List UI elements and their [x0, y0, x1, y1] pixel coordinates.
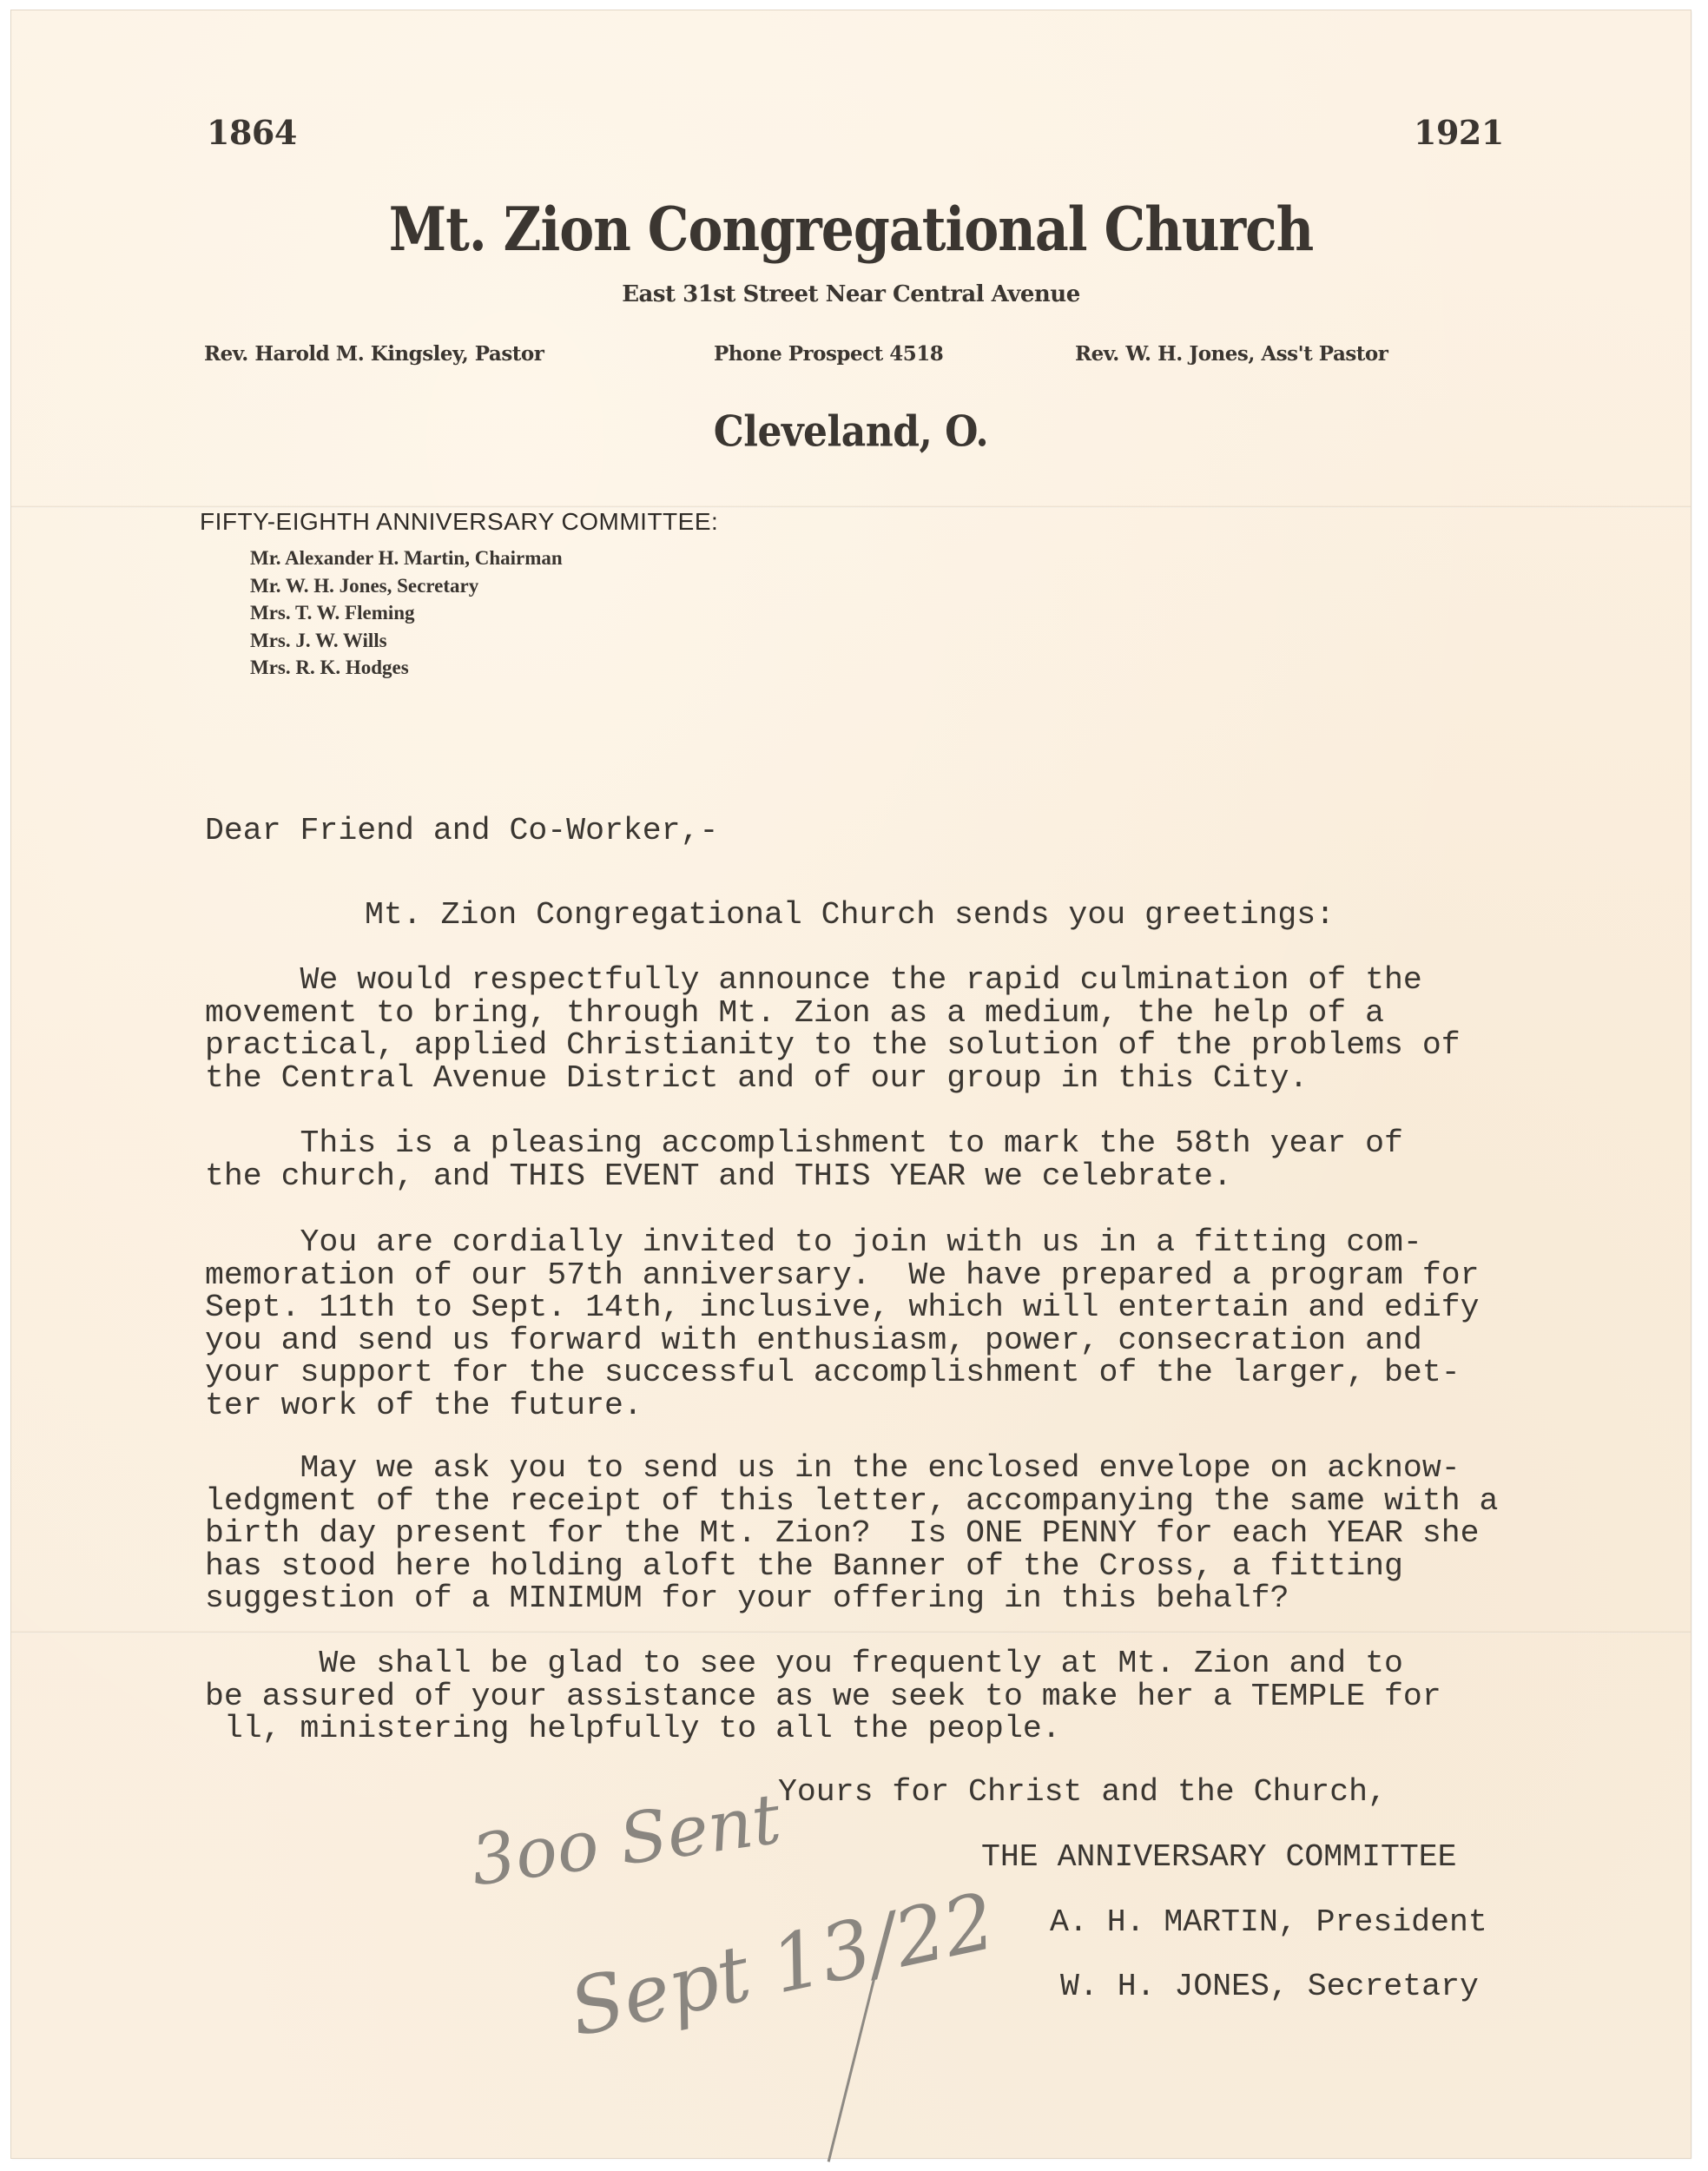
committee-members: Mr. Alexander H. Martin, Chairman Mr. W.…	[250, 544, 563, 682]
paragraph-accomplishment: This is a pleasing accomplishment to mar…	[205, 1127, 1403, 1192]
city: Cleveland, O.	[11, 407, 1691, 456]
signatory-organization: THE ANNIVERSARY COMMITTEE	[981, 1841, 1457, 1874]
paragraph-announcement: We would respectfully announce the rapid…	[205, 964, 1461, 1094]
pastor-name: Rev. Harold M. Kingsley, Pastor	[204, 342, 544, 366]
current-year: 1921	[1414, 113, 1504, 152]
paragraph-offering-request: May we ask you to send us in the enclose…	[205, 1452, 1498, 1615]
fold-crease	[11, 1631, 1691, 1633]
committee-member: Mr. W. H. Jones, Secretary	[250, 572, 563, 600]
assistant-pastor-name: Rev. W. H. Jones, Ass't Pastor	[1075, 342, 1388, 366]
handwritten-note-date: Sept 13/22	[562, 1876, 1003, 2055]
committee-member: Mrs. T. W. Fleming	[250, 599, 563, 627]
salutation: Dear Friend and Co-Worker,-	[205, 815, 718, 848]
letter-page: 1864 1921 Mt. Zion Congregational Church…	[11, 10, 1691, 2158]
committee-member: Mrs. R. K. Hodges	[250, 654, 563, 682]
signatory-president: A. H. MARTIN, President	[1050, 1906, 1487, 1939]
handwritten-note-sent: 3oo Sent	[466, 1778, 786, 1902]
church-name: Mt. Zion Congregational Church	[11, 195, 1691, 266]
phone-number: Phone Prospect 4518	[714, 342, 943, 366]
committee-member: Mrs. J. W. Wills	[250, 627, 563, 655]
committee-heading: FIFTY-EIGHTH ANNIVERSARY COMMITTEE:	[200, 508, 718, 536]
complimentary-close: Yours for Christ and the Church,	[778, 1776, 1387, 1809]
paragraph-closing-wish: We shall be glad to see you frequently a…	[205, 1647, 1441, 1745]
signatory-secretary: W. H. JONES, Secretary	[1060, 1970, 1479, 2003]
committee-member: Mr. Alexander H. Martin, Chairman	[250, 544, 563, 572]
greeting-line: Mt. Zion Congregational Church sends you…	[365, 899, 1335, 932]
paragraph-invitation: You are cordially invited to join with u…	[205, 1226, 1480, 1422]
founding-year: 1864	[207, 113, 297, 152]
church-address: East 31st Street Near Central Avenue	[11, 281, 1691, 307]
